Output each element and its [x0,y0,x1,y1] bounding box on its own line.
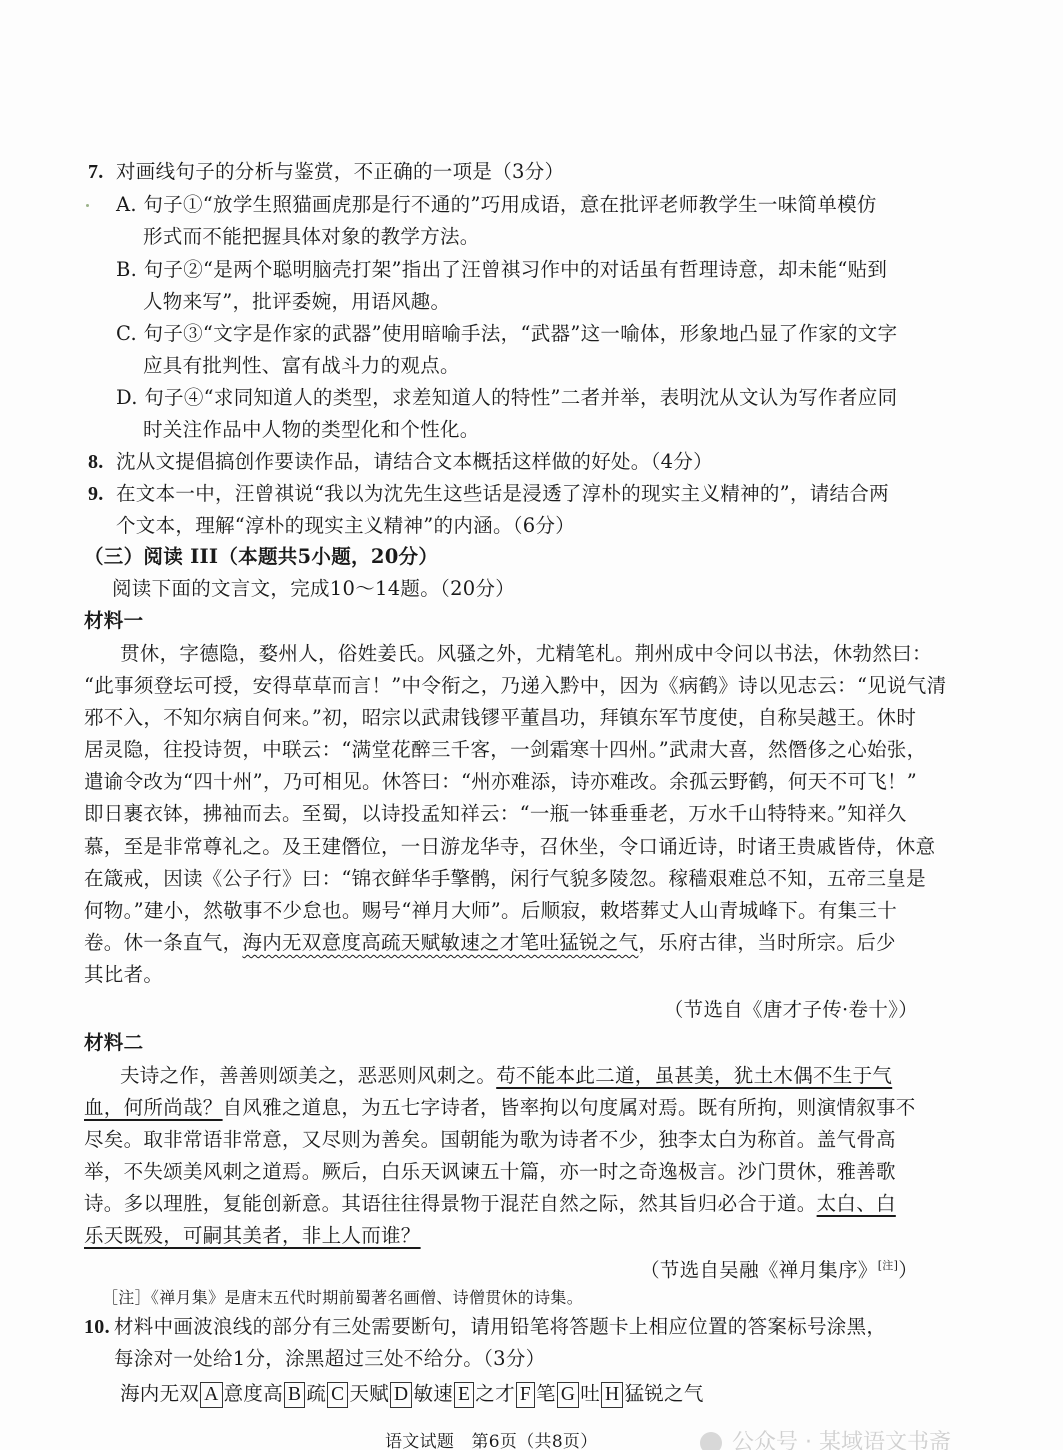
segment: 疏 [306,1382,326,1405]
break-option-a[interactable]: A [200,1382,222,1408]
segment: 猛锐之气 [624,1382,703,1405]
material-1-line: 何物。”建小，然敬事不少怠也。赐号“禅月大师”。后顺寂，敕塔葬丈人山青城峰下。有… [84,897,897,925]
material-1-line: 邪不入，不知尔病自何来。”初，昭宗以武肃钱镠平董昌功，拜镇东军节度使，自称吴越王… [84,704,916,732]
material-2-source: （节选自吴融《禅月集序》[注]） [640,1252,918,1285]
material-1-line: 贯休，字德隐，婺州人，俗姓姜氏。风骚之外，尤精笔札。荆州成中令问以书法，休勃然曰… [120,640,932,668]
question-number: 9. [88,480,116,508]
material-1-line: 慕，至是非常尊礼之。及王建僭位，一日游龙华寺，召休坐，令口诵近诗，时诸王贵戚皆侍… [84,833,935,861]
text: ，乐府古律，当时所宗。后少 [638,931,895,954]
option-b-line2: 人物来写”，批评委婉，用语风趣。 [143,288,450,316]
option-c-line2: 应具有批判性、富有战斗力的观点。 [143,352,460,380]
watermark: 公众号 · 某域语文书斋 [700,1425,951,1450]
page-footer: 语文试题 第6页（共8页） [385,1428,598,1450]
text: 卷。休一条直气， [84,931,242,954]
material-2-line: 举，不失颂美风刺之道焉。厥后，白乐天讽谏五十篇，亦一时之奇逸极言。沙门贯休，雅善… [84,1158,896,1186]
text: 自风雅之道息，为五七字诗者，皆率拘以句度属对焉。既有所拘，则演情叙事不 [223,1096,916,1119]
question-text: 材料中画波浪线的部分有三处需要断句，请用铅笔将答题卡上相应位置的答案标号涂黑， [114,1315,886,1338]
question-text: 对画线句子的分析与鉴赏，不正确的一项是（3分） [116,160,564,183]
material-2-line: 乐天既殁，可嗣其美者，非上人而谁？ [84,1222,421,1250]
question-7-stem: 7.对画线句子的分析与鉴赏，不正确的一项是（3分） [88,158,564,186]
material-1-title: 材料一 [84,607,143,635]
segment: 天赋 [349,1382,389,1405]
material-2-line: 尽矣。取非常语非常意，又尽则为善矣。国朝能为歌为诗者不少，独李太白为称首。盖气骨… [84,1126,896,1154]
break-option-e[interactable]: E [454,1382,474,1408]
material-1-source: （节选自《唐才子传·卷十》） [664,996,918,1024]
material-1-line: 遣谕令改为“四十州”，乃可相见。休答曰：“州亦难添，诗亦难改。余孤云野鹤，何天不… [84,768,917,796]
material-1-line-wavy: 卷。休一条直气，海内无双意度高疏天赋敏速之才笔吐猛锐之气，乐府古律，当时所宗。后… [84,929,896,957]
option-c-line1: C. 句子③“文字是作家的武器”使用暗喻手法，“武器”这一喻体，形象地凸显了作家… [116,320,897,348]
underlined-sentence: 血，何所尚哉？ [84,1096,223,1119]
question-number: 7. [88,158,116,186]
break-option-h[interactable]: H [601,1382,623,1408]
section-heading: （三）阅读 III（本题共5小题，20分） [84,543,438,571]
underlined-sentence: 乐天既殁，可嗣其美者，非上人而谁？ [84,1224,421,1247]
exam-page: 7.对画线句子的分析与鉴赏，不正确的一项是（3分） A. 句子①“放学生照猫画虎… [0,0,1063,1450]
question-10-line1: 10.材料中画波浪线的部分有三处需要断句，请用铅笔将答题卡上相应位置的答案标号涂… [84,1313,886,1341]
footnote: ［注］《禅月集》是唐末五代时期前蜀著名画僧、诗僧贯休的诗集。 [102,1284,583,1312]
break-option-f[interactable]: F [516,1382,535,1408]
option-a-line2: 形式而不能把握具体对象的教学方法。 [143,223,480,251]
option-b-line1: B. 句子②“是两个聪明脑壳打架”指出了汪曾祺习作中的对话虽有哲理诗意，却未能“… [116,256,887,284]
section-instruction: 阅读下面的文言文，完成10～14题。（20分） [112,575,515,603]
segment: 笔 [536,1382,556,1405]
wechat-icon [700,1432,722,1450]
text: （节选自吴融《禅月集序》 [640,1259,878,1282]
text: 夫诗之作，善善则颂美之，恶恶则风刺之。 [120,1064,496,1087]
segment: 海内无双 [120,1382,199,1405]
option-d-line1: D. 句子④“求同知道人的类型，求差知道人的特性”二者并举，表明沈从文认为写作者… [116,384,897,412]
question-number: 10. [84,1313,114,1341]
scan-speck [86,204,89,207]
material-2-line: 诗。多以理胜，复能创新意。其语往往得景物于混茫自然之际，然其旨归必合于道。太白、… [84,1190,896,1218]
break-option-d[interactable]: D [390,1382,412,1408]
wavy-underlined-passage: 海内无双意度高疏天赋敏速之才笔吐猛锐之气 [242,931,638,954]
option-d-line2: 时关注作品中人物的类型化和个性化。 [143,416,480,444]
question-text: 在文本一中，汪曾祺说“我以为沈先生这些话是浸透了淳朴的现实主义精神的”，请结合两 [116,482,889,505]
question-8: 8.沈从文提倡搞创作要读作品，请结合文本概括这样做的好处。（4分） [88,448,713,476]
material-2-title: 材料二 [84,1029,143,1057]
question-text: 沈从文提倡搞创作要读作品，请结合文本概括这样做的好处。（4分） [116,450,713,473]
material-1-line: 在箴戒，因读《公子行》曰：“锦衣鲜华手擎鹘，闲行气貌多陵忽。稼穑艰难总不知，五帝… [84,865,926,893]
material-1-line: “此事须登坛可授，安得草草而言！”中令衔之，乃递入黔中，因为《病鹤》诗以见志云：… [84,672,946,700]
material-2-line: 夫诗之作，善善则颂美之，恶恶则风刺之。苟不能本此二道，虽甚美，犹土木偶不生于气 [120,1062,892,1090]
break-option-c[interactable]: C [327,1382,348,1408]
material-1-line: 其比者。 [84,961,163,989]
material-1-line: 居灵隐，往投诗贺，中联云：“满堂花醉三千客，一剑霜寒十四州。”武肃大喜，然僭侈之… [84,736,926,764]
material-1-line: 即日裹衣钵，拂袖而去。至蜀，以诗投孟知祥云：“一瓶一钵垂垂老，万水千山特特来。”… [84,800,907,828]
question-9-line2: 个文本，理解“淳朴的现实主义精神”的内涵。（6分） [116,512,575,540]
watermark-text: 公众号 · 某域语文书斋 [732,1430,951,1450]
break-option-g[interactable]: G [557,1382,579,1408]
break-option-b[interactable]: B [284,1382,305,1408]
question-9-line1: 9.在文本一中，汪曾祺说“我以为沈先生这些话是浸透了淳朴的现实主义精神的”，请结… [88,480,889,508]
note-marker: [注] [878,1259,898,1272]
sentence-break-options: 海内无双A意度高B疏C天赋D敏速E之才F笔G吐H猛锐之气 [120,1380,704,1408]
text: 诗。多以理胜，复能创新意。其语往往得景物于混茫自然之际，然其旨归必合于道。 [84,1192,817,1215]
question-10-line2: 每涂对一处给1分，涂黑超过三处不给分。（3分） [114,1345,545,1373]
underlined-sentence: 苟不能本此二道，虽甚美，犹土木偶不生于气 [496,1064,892,1087]
option-a-line1: A. 句子①“放学生照猫画虎那是行不通的”巧用成语，意在批评老师教学生一味简单模… [116,191,877,219]
question-number: 8. [88,448,116,476]
segment: 吐 [580,1382,600,1405]
segment: 敏速 [413,1382,453,1405]
segment: 之才 [475,1382,515,1405]
material-2-line: 血，何所尚哉？自风雅之道息，为五七字诗者，皆率拘以句度属对焉。既有所拘，则演情叙… [84,1094,916,1122]
underlined-sentence: 太白、白 [817,1192,896,1215]
segment: 意度高 [224,1382,283,1405]
text: ） [898,1259,918,1282]
